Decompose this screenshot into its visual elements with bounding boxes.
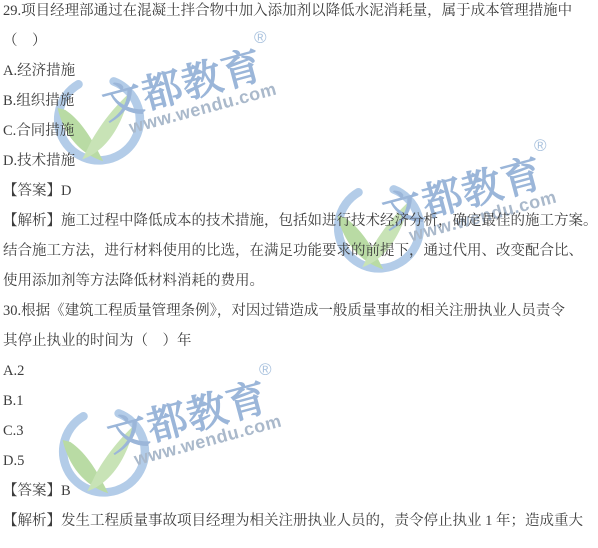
exam-answer-document: 29.项目经理部通过在混凝土拌合物中加入添加剂以降低水泥消耗量，属于成本管理措施… [3, 0, 596, 536]
q29-answer: 【答案】D [3, 176, 596, 206]
q30-stem-line2: 其停止执业的时间为（ ）年 [3, 326, 596, 356]
q30-option-b: B.1 [3, 386, 596, 416]
q29-option-d: D.技术措施 [3, 146, 596, 176]
q29-option-b: B.组织措施 [3, 86, 596, 116]
q30-analysis-line1: 【解析】发生工程质量事故项目经理为相关注册执业人员的，责令停止执业 1 年；造成… [3, 506, 596, 536]
q30-option-c: C.3 [3, 416, 596, 446]
q29-analysis-line1: 【解析】施工过程中降低成本的技术措施，包括如进行技术经济分析，确定最佳的施工方案… [3, 206, 596, 236]
q29-option-a: A.经济措施 [3, 56, 596, 86]
q29-stem-line1: 29.项目经理部通过在混凝土拌合物中加入添加剂以降低水泥消耗量，属于成本管理措施… [3, 0, 596, 26]
document-page: { "watermark": { "brand": "文都教育", "regis… [0, 0, 598, 548]
q30-stem-line1: 30.根据《建筑工程质量管理条例》，对因过错造成一般质量事故的相关注册执业人员责… [3, 296, 596, 326]
q29-analysis-line2: 结合施工方法，进行材料使用的比选，在满足功能要求的前提下，通过代用、改变配合比、 [3, 236, 596, 266]
q29-stem-line2: （ ） [3, 26, 596, 56]
q30-option-d: D.5 [3, 446, 596, 476]
q30-answer: 【答案】B [3, 476, 596, 506]
q29-analysis-line3: 使用添加剂等方法降低材料消耗的费用。 [3, 266, 596, 296]
q29-option-c: C.合同措施 [3, 116, 596, 146]
q30-option-a: A.2 [3, 356, 596, 386]
